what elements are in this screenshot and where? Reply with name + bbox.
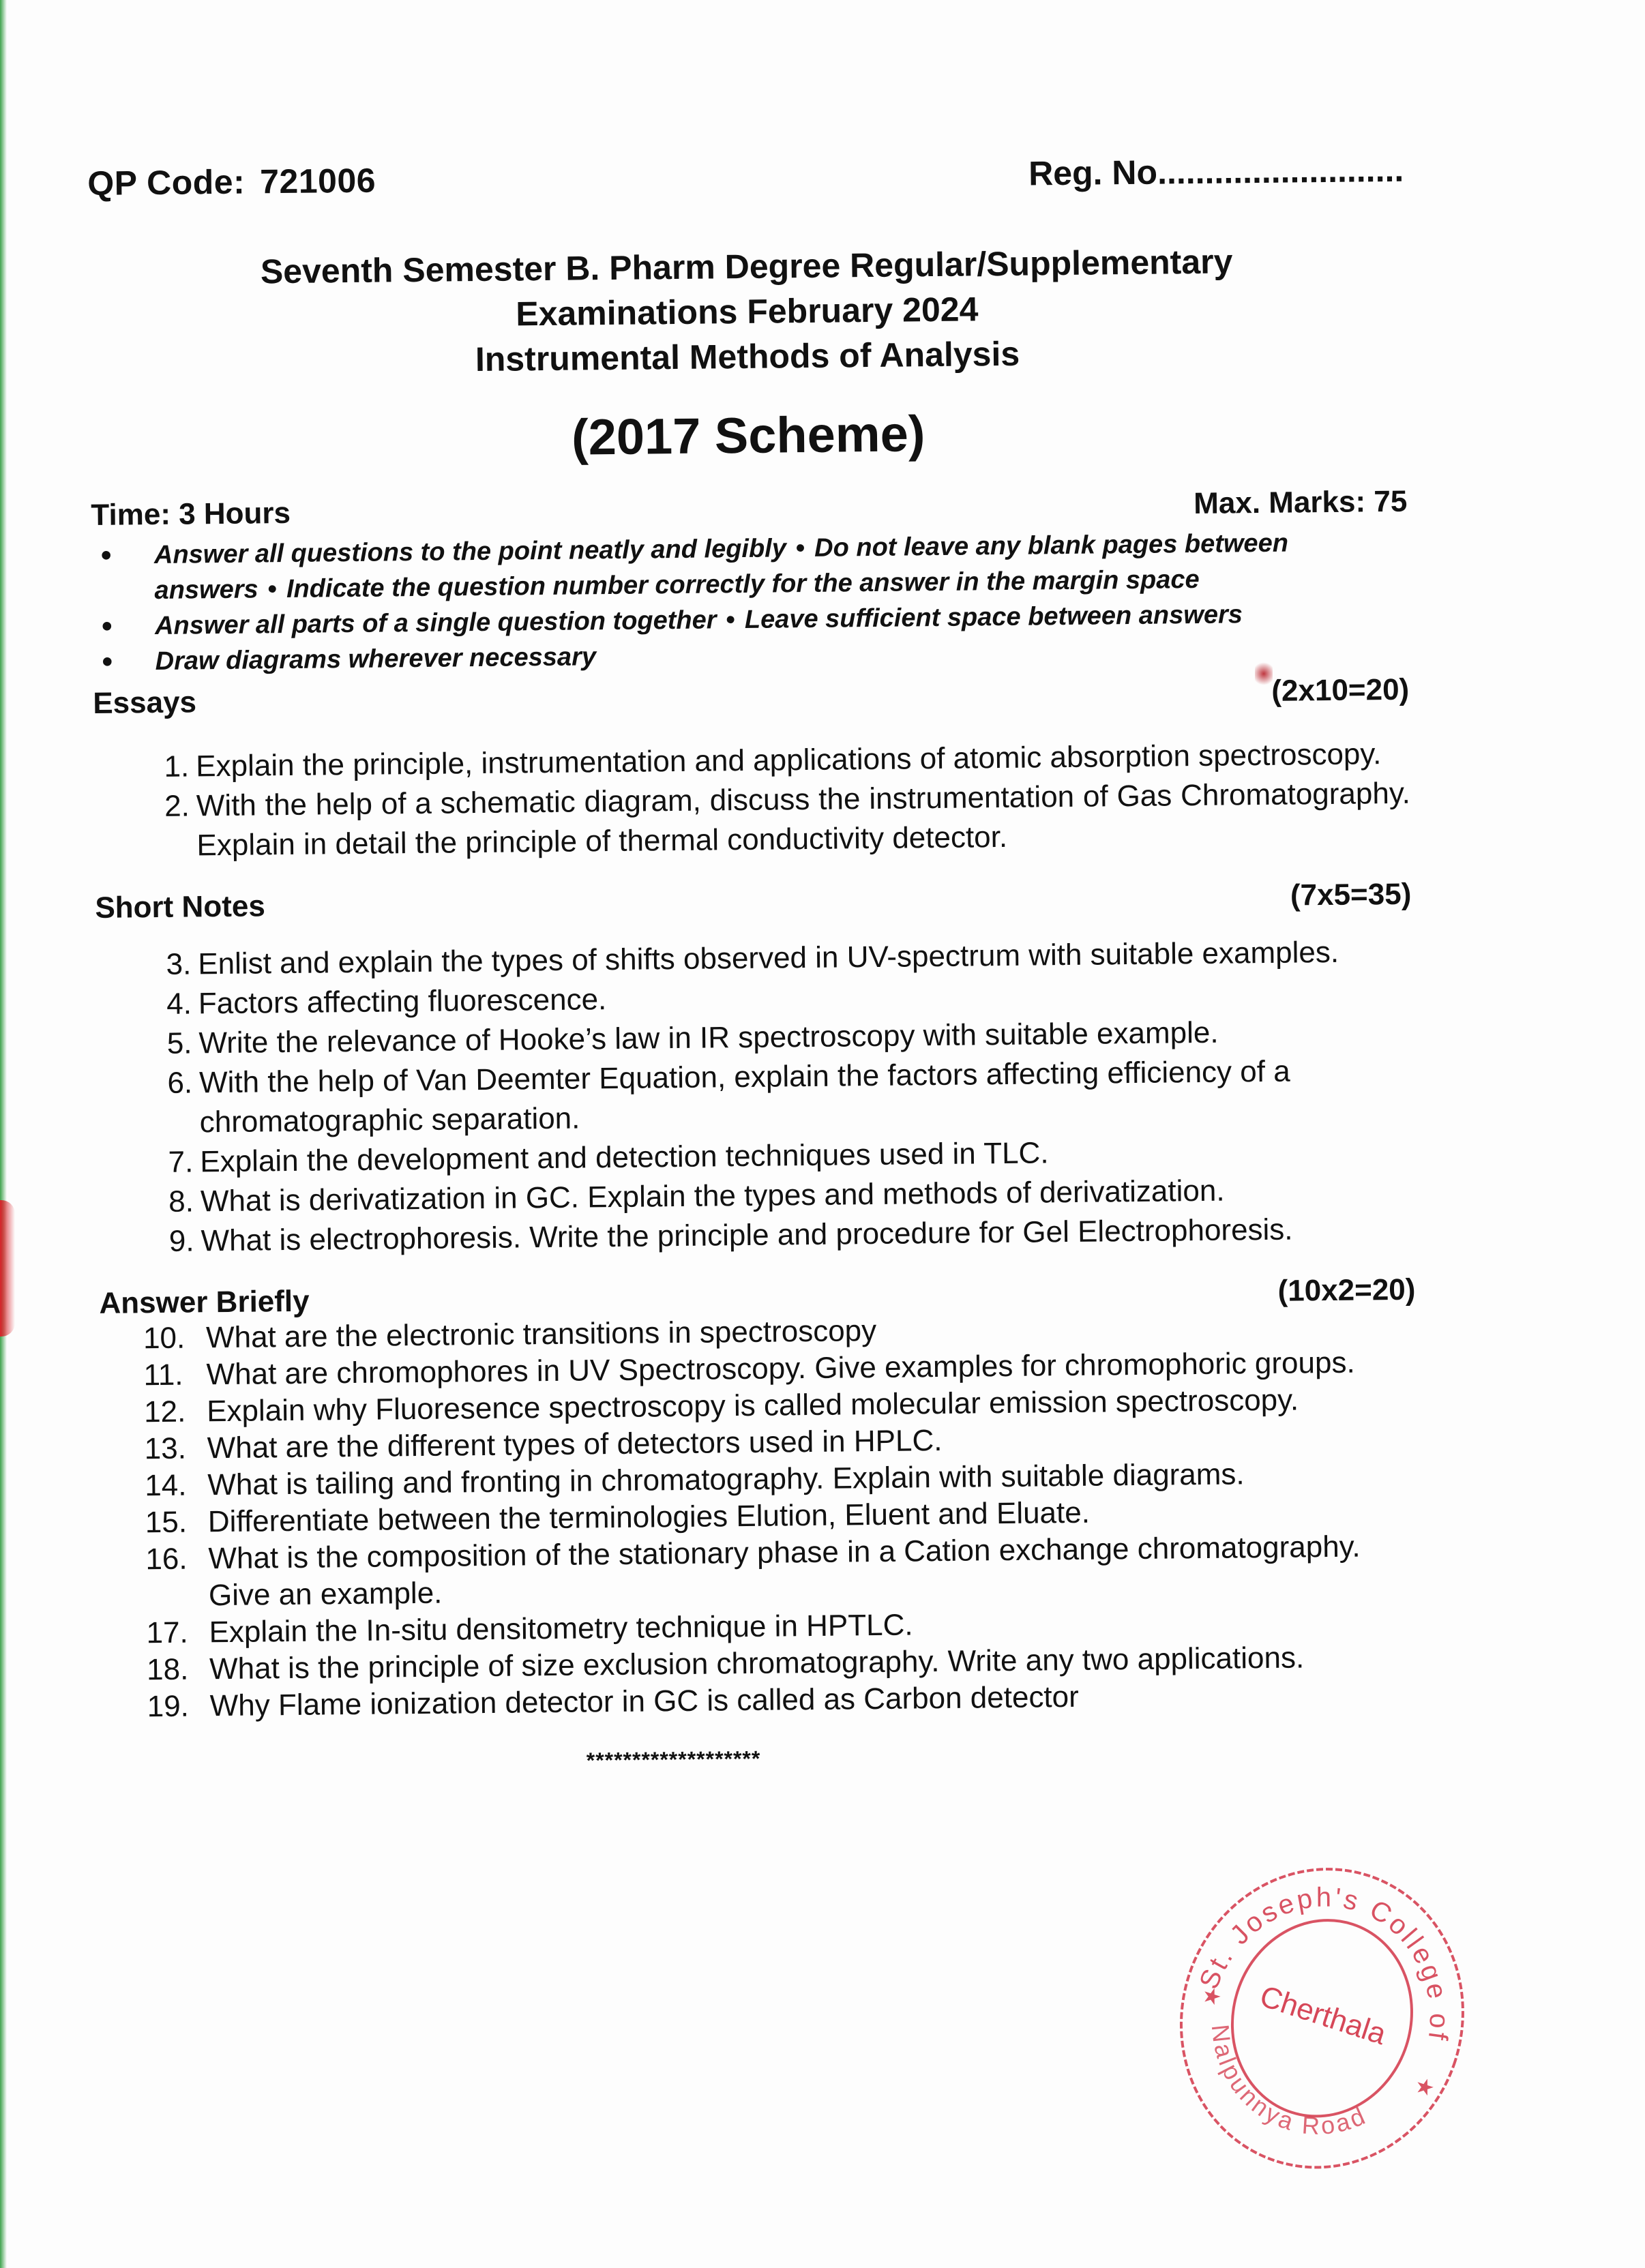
max-marks: Max. Marks: 75 (1194, 485, 1408, 521)
section-title: Answer Briefly (99, 1285, 310, 1321)
exam-page: QP Code:721006 Reg. No..................… (0, 0, 1645, 2268)
section-answer-briefly: Answer Briefly (10x2=20) 10.What are the… (99, 1273, 1420, 1726)
section-title: Essays (93, 685, 196, 721)
instructions-list: Answer all questions to the point neatly… (91, 524, 1409, 680)
exam-time: Time: 3 Hours (91, 496, 291, 533)
reg-no-field: Reg. No.......................... (1028, 150, 1404, 194)
question-item: 6.With the help of Van Deemter Equation,… (145, 1051, 1414, 1143)
star-icon: ★ (1412, 2072, 1438, 2102)
section-header: Essays (2x10=20) (93, 673, 1409, 721)
instruction-item: Answer all questions to the point neatly… (91, 524, 1408, 609)
section-short-notes: Short Notes (7x5=35) 3.Enlist and explai… (95, 878, 1415, 1262)
top-row: QP Code:721006 Reg. No..................… (87, 150, 1404, 203)
section-header: Short Notes (7x5=35) (95, 878, 1411, 925)
qp-code: QP Code:721006 (87, 161, 376, 203)
scheme-title: (2017 Scheme) (90, 400, 1407, 471)
question-paper: QP Code:721006 Reg. No..................… (87, 150, 1421, 1778)
question-item: 2.With the help of a schematic diagram, … (142, 774, 1411, 866)
meta-row: Time: 3 Hours Max. Marks: 75 (91, 485, 1407, 533)
question-list: 10.What are the electronic transitions i… (143, 1307, 1420, 1726)
college-stamp: St. Joseph's College of Pharmacy Nalpunn… (1131, 1817, 1515, 2214)
end-of-paper-marker: ******************* (0, 1740, 1421, 1780)
qp-code-value: 721006 (260, 162, 376, 201)
section-marks: (10x2=20) (1277, 1273, 1415, 1309)
question-item: 16.What is the composition of the statio… (145, 1528, 1419, 1615)
scan-edge-green (0, 0, 7, 2268)
section-marks: (7x5=35) (1290, 878, 1412, 913)
stamp-center-text: Cherthala (1256, 1980, 1391, 2052)
section-marks: (2x10=20) (1271, 673, 1409, 708)
exam-heading: Seventh Semester B. Pharm Degree Regular… (88, 237, 1406, 386)
question-list: 1.Explain the principle, instrumentation… (141, 734, 1411, 866)
question-list: 3.Enlist and explain the types of shifts… (143, 932, 1415, 1262)
section-title: Short Notes (95, 889, 265, 925)
section-essays: Essays (2x10=20) 1.Explain the principle… (93, 673, 1411, 867)
qp-code-label: QP Code: (87, 163, 245, 203)
scan-edge-red (0, 1200, 15, 1337)
